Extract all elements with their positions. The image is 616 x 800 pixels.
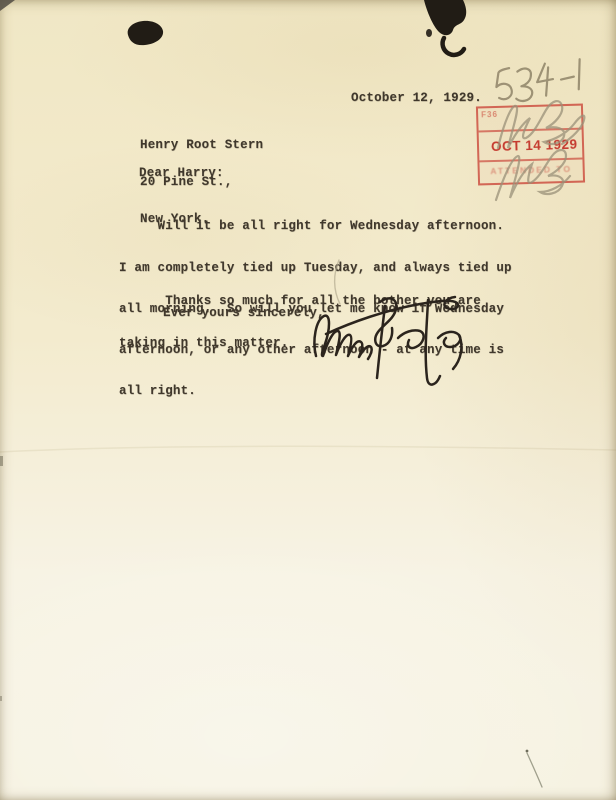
recipient-name: Henry Root Stern xyxy=(140,139,263,151)
stamp-bottom-row: ATTENDED TO xyxy=(479,160,583,184)
letter-date: October 12, 1929. xyxy=(351,91,482,105)
stamp-top-text: F36 xyxy=(481,110,498,119)
edge-speck xyxy=(0,456,3,466)
stamp-bottom-text: ATTENDED TO xyxy=(480,164,583,177)
ink-blot-right xyxy=(424,0,466,35)
body-line: Will it be all right for Wednesday after… xyxy=(119,220,512,234)
body-paragraph-2: Thanks so much for all the bother you ar… xyxy=(119,268,481,378)
stamp-top-row: F36 xyxy=(478,106,582,133)
body-line: all right. xyxy=(119,385,512,399)
corner-shadow-mark xyxy=(0,0,15,11)
penciled-catalog-number xyxy=(495,59,582,103)
body-line: taking in this matter. xyxy=(119,337,481,351)
ink-speck xyxy=(426,29,432,37)
scratch-mark xyxy=(527,753,542,787)
closing-line: Ever yours sincerely, xyxy=(163,306,325,320)
stamp-date-text: OCT 14 1929 xyxy=(491,137,578,154)
ink-blot-left xyxy=(128,21,163,45)
ink-crescent-mark xyxy=(443,38,464,55)
scanned-letter-page: October 12, 1929. Henry Root Stern 20 Pi… xyxy=(0,0,616,800)
scratch-speck xyxy=(526,750,529,753)
edge-speck xyxy=(0,696,2,701)
salutation: Dear Harry: xyxy=(139,166,224,180)
stamp-date-row: OCT 14 1929 xyxy=(479,130,583,163)
received-date-stamp: F36 OCT 14 1929 ATTENDED TO xyxy=(476,104,585,186)
paper-crease xyxy=(0,446,616,452)
